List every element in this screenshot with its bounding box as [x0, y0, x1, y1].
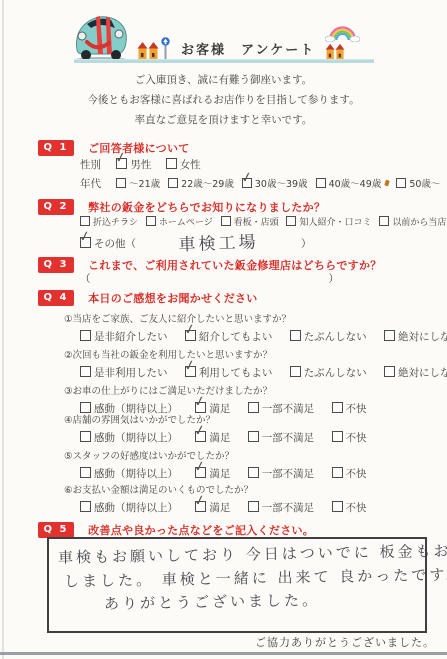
checkbox-label: 50歳～ — [409, 179, 440, 190]
checkbox-label: 不快 — [346, 432, 367, 444]
checkbox-option[interactable]: 満足 — [195, 432, 230, 444]
checkbox-option[interactable]: 感動（期待以上） — [80, 468, 178, 480]
q4-item-options: 感動（期待以上） 満足 一部不満足 不快 — [80, 466, 367, 481]
checkbox-option[interactable]: 満足 — [195, 502, 230, 514]
intro-line-1: ご入庫頂き、誠に有難う御座います。 — [0, 70, 447, 90]
checkbox[interactable] — [290, 366, 301, 377]
checkbox-label: 女性 — [180, 159, 201, 171]
checkbox-label: 利用してもよい — [199, 367, 273, 379]
checkbox-label: 不快 — [346, 468, 367, 480]
checkbox-label: 不快 — [346, 403, 367, 415]
checkbox-option[interactable]: 不快 — [332, 468, 367, 480]
checkbox[interactable] — [242, 178, 252, 188]
q4-item-text: スタッフの好感度はいかがでしたか？ — [73, 451, 235, 462]
intro-line-3: 率直なご意見を頂けますと幸いです。 — [0, 110, 447, 130]
q4-item-number: ① — [64, 314, 73, 325]
checkbox-option[interactable]: 感動（期待以上） — [80, 502, 178, 514]
checkbox[interactable] — [80, 467, 91, 478]
checkbox-label: 満足 — [209, 502, 230, 514]
ink-mark — [384, 180, 390, 187]
checkbox[interactable] — [146, 216, 156, 226]
checkbox-label: 絶対にしない — [398, 331, 447, 343]
checkbox-label: 一部不満足 — [262, 468, 315, 480]
q1-gender-label: 性別 — [80, 159, 101, 171]
checkbox-option[interactable]: 不快 — [332, 403, 367, 415]
footer-thanks: ご協力ありがとうございました。 — [255, 634, 435, 650]
q4-title: 本日のご感想をお聞かせください — [88, 292, 258, 305]
checkbox-option[interactable]: 紹介してもよい — [185, 331, 273, 343]
checkbox[interactable] — [290, 330, 301, 341]
q3-open-paren: （ — [80, 273, 91, 285]
checkbox-label: 感動（期待以上） — [94, 468, 178, 480]
checkbox[interactable] — [248, 431, 259, 442]
page-title: お客様 アンケート — [181, 39, 315, 58]
checkbox-option[interactable]: その他（ — [80, 238, 136, 250]
checkbox-label: 満足 — [209, 468, 230, 480]
q3-answer-row[interactable]: （） — [80, 271, 339, 286]
q1-age-label: 年代 — [80, 178, 101, 190]
checkbox-option[interactable]: 是非紹介したい — [80, 331, 168, 343]
checkbox-option[interactable]: 是非利用したい — [80, 367, 168, 379]
checkbox[interactable] — [116, 158, 127, 169]
handwritten-comment-line: ありがとうございました。 — [104, 589, 320, 614]
checkbox-option[interactable]: 不快 — [332, 502, 367, 514]
q1-badge: Q 1 — [38, 140, 74, 156]
checkbox[interactable] — [396, 178, 406, 188]
checkbox-option[interactable]: ホームページ — [146, 218, 213, 228]
checkbox-label: 是非利用したい — [94, 367, 168, 379]
checkbox[interactable] — [185, 366, 196, 377]
checkbox[interactable] — [286, 216, 296, 226]
q4-item-options: 感動（期待以上） 満足 一部不満足 不快 — [80, 430, 367, 445]
checkbox-option[interactable]: 22歳～29歳 — [168, 179, 234, 190]
checkbox[interactable] — [248, 501, 259, 512]
checkbox[interactable] — [195, 431, 206, 442]
checkbox-label: 紹介してもよい — [199, 331, 273, 343]
checkbox-label: ～21歳 — [129, 179, 160, 190]
checkbox-option[interactable]: 以前から当店を利用 — [379, 218, 447, 228]
checkbox-label: 男性 — [130, 159, 151, 171]
q4-item-options: 是非紹介したい 紹介してもよい たぶんしない 絶対にしない — [80, 329, 447, 344]
checkbox[interactable] — [221, 216, 231, 226]
car-icon — [70, 11, 132, 64]
checkbox[interactable] — [384, 330, 395, 341]
checkbox-option[interactable]: 感動（期待以上） — [80, 432, 178, 444]
q4-item-number: ② — [64, 350, 73, 361]
checkbox-option[interactable]: 折込チラシ — [80, 218, 138, 228]
rainbow-icon — [325, 23, 360, 42]
survey-page: お客様 アンケート ご入庫頂き、誠に有難う御座います。 今後ともお客様に喜ばれる… — [0, 0, 447, 659]
handwritten-comment-line: しました。 車検と一緒に 出来て 良かったです。 — [64, 564, 447, 592]
q4-item-number: ⑤ — [64, 451, 73, 462]
header-divider — [74, 59, 374, 63]
q1-title: ご回答者様について — [88, 142, 189, 155]
q4-item-number: ③ — [64, 386, 73, 397]
q3-title: これまで、ご利用されていた鈑金修理店はどちらですか？ — [88, 259, 381, 272]
checkbox[interactable] — [80, 330, 91, 341]
q3-close-paren: ） — [329, 273, 340, 285]
checkbox-label: 以前から当店を利用 — [392, 218, 447, 228]
q4-item-question: ⑤スタッフの好感度はいかがでしたか？ — [64, 448, 234, 462]
checkbox[interactable] — [332, 467, 343, 478]
checkbox[interactable] — [384, 366, 395, 377]
checkbox-label: 折込チラシ — [93, 218, 138, 228]
intro-line-2: 今後ともお客様に喜ばれるお店作りを目指して参ります。 — [0, 90, 447, 110]
checkbox-label: 絶対にしない — [398, 367, 447, 379]
checkbox-label: 知人紹介・口コミ — [299, 218, 371, 228]
checkbox-option[interactable]: 一部不満足 — [248, 432, 315, 444]
q1-gender-row: 性別 男性 女性 — [80, 157, 212, 172]
q2-header: Q 2 弊社の鈑金をどちらでお知りになりましたか？ — [38, 196, 325, 215]
q4-header: Q 4 本日のご感想をお聞かせください — [38, 287, 258, 306]
checkbox-option[interactable]: たぶんしない — [290, 367, 367, 379]
checkbox[interactable] — [248, 467, 259, 478]
checkbox[interactable] — [332, 402, 343, 413]
checkbox-option[interactable]: 不快 — [332, 432, 367, 444]
scan-edge-bottom — [0, 652, 447, 655]
checkbox-option[interactable]: ～21歳 — [116, 179, 160, 190]
checkbox-label: その他（ — [94, 238, 136, 250]
q4-item-options: 感動（期待以上） 満足 一部不満足 不快 — [80, 500, 367, 515]
handwritten-comment-line: 車検もお願いしており 今日はついでに 板金もお願い — [58, 539, 447, 567]
checkbox-option[interactable]: 一部不満足 — [248, 468, 315, 480]
q4-item-number: ⑥ — [64, 485, 73, 496]
checkbox-label: 感動（期待以上） — [94, 432, 178, 444]
checkbox[interactable] — [168, 178, 178, 188]
checkbox-option[interactable]: 女性 — [166, 159, 201, 171]
q4-badge: Q 4 — [38, 290, 74, 306]
checkbox-label: 30歳～39歳 — [255, 179, 308, 190]
checkbox-option[interactable]: 利用してもよい — [185, 367, 273, 379]
q4-item-text: お車の仕上がりにはご満足いただけましたか？ — [73, 386, 273, 397]
checkbox[interactable] — [316, 178, 326, 188]
q4-item-question: ③お車の仕上がりにはご満足いただけましたか？ — [64, 383, 272, 397]
checkbox-option[interactable]: 一部不満足 — [248, 403, 315, 415]
checkbox[interactable] — [379, 216, 389, 226]
q1-age-row: 年代 ～21歳 22歳～29歳 30歳～39歳 40歳～49歳 50歳～ — [80, 176, 440, 191]
q2-title: 弊社の鈑金をどちらでお知りになりましたか？ — [88, 201, 325, 214]
checkbox[interactable] — [166, 158, 177, 169]
checkbox-option[interactable]: 一部不満足 — [248, 502, 315, 514]
checkbox[interactable] — [116, 178, 126, 188]
checkbox[interactable] — [80, 216, 90, 226]
checkbox-label: 満足 — [209, 432, 230, 444]
q5-title: 改善点や良かった点などをご記入ください。 — [88, 524, 314, 537]
checkbox-option[interactable]: 満足 — [195, 468, 230, 480]
checkbox-label: 40歳～49歳 — [329, 179, 382, 190]
checkbox[interactable] — [80, 237, 91, 248]
q4-item-question: ⑥お支払い金額は満足のいくものでしたか？ — [64, 482, 253, 496]
q3-badge: Q 3 — [38, 257, 74, 273]
q4-item-text: お支払い金額は満足のいくものでしたか？ — [73, 485, 254, 496]
checkbox-option[interactable]: 50歳～ — [396, 179, 440, 190]
intro-text: ご入庫頂き、誠に有難う御座います。 今後ともお客様に喜ばれるお店作りを目指して参… — [0, 70, 447, 130]
q2-options-row: 折込チラシ ホームページ 看板・店頭 知人紹介・口コミ 以前から当店を利用 — [80, 215, 447, 228]
q4-item-question: ②次回も当社の鈑金を利用したいと思いますか？ — [64, 347, 272, 361]
checkbox-label: 22歳～29歳 — [181, 179, 234, 190]
checkbox-label: たぶんしない — [304, 331, 367, 343]
q5-comment-box[interactable]: 車検もお願いしており 今日はついでに 板金もお願い しました。 車検と一緒に 出… — [47, 537, 427, 633]
checkbox-label: 感動（期待以上） — [94, 502, 178, 514]
checkbox[interactable] — [185, 330, 196, 341]
checkbox-label: 一部不満足 — [262, 502, 315, 514]
houses-left-icon — [137, 41, 160, 60]
checkbox-option[interactable]: 絶対にしない — [384, 367, 447, 379]
checkbox-label: 不快 — [346, 502, 367, 514]
checkbox-label: 是非紹介したい — [94, 331, 168, 343]
checkbox-option[interactable]: 30歳～39歳 — [242, 179, 308, 190]
checkbox[interactable] — [80, 501, 91, 512]
checkbox[interactable] — [80, 366, 91, 377]
q4-item-options: 是非利用したい 利用してもよい たぶんしない 絶対にしない — [80, 365, 447, 380]
checkbox[interactable] — [80, 431, 91, 442]
q4-item-text: 次回も当社の鈑金を利用したいと思いますか？ — [73, 350, 273, 361]
q2-other-row: その他（車検工場） — [80, 229, 312, 254]
checkbox[interactable] — [248, 402, 259, 413]
q4-item-number: ④ — [64, 415, 73, 426]
houses-right-icon — [324, 43, 347, 60]
q5-badge: Q 5 — [38, 522, 74, 538]
checkbox[interactable] — [332, 501, 343, 512]
q2-badge: Q 2 — [38, 199, 74, 215]
handwritten-other-answer: 車検工場 — [136, 226, 302, 257]
checkbox-label: たぶんしない — [304, 367, 367, 379]
q4-item-question: ①当店をご家族、ご友人に紹介したいと思いますか？ — [64, 311, 291, 325]
checkbox[interactable] — [195, 501, 206, 512]
checkbox-option[interactable]: 男性 — [116, 159, 151, 171]
checkbox[interactable] — [332, 431, 343, 442]
q2-other-close-paren: ） — [301, 238, 312, 250]
checkbox-option[interactable]: 絶対にしない — [384, 331, 447, 343]
checkbox-option[interactable]: たぶんしない — [290, 331, 367, 343]
checkbox-label: ホームページ — [159, 218, 213, 228]
checkbox-label: 一部不満足 — [262, 432, 315, 444]
q5-header: Q 5 改善点や良かった点などをご記入ください。 — [38, 519, 314, 538]
checkbox-option[interactable]: 40歳～49歳 — [316, 179, 382, 190]
checkbox-label: 一部不満足 — [262, 403, 315, 415]
checkbox[interactable] — [195, 467, 206, 478]
